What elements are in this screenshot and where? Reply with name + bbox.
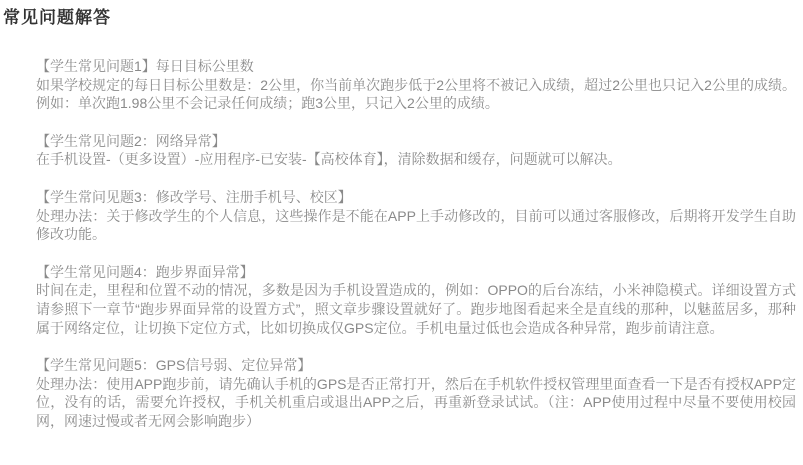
- faq-section: 【学生常见问题4：跑步界面异常】时间在走，里程和位置不动的情况，多数是因为手机设…: [36, 263, 796, 337]
- faq-section-heading: 【学生常见问题4：跑步界面异常】: [36, 263, 796, 282]
- faq-section-body: 在手机设置-（更多设置）-应用程序-已安装-【高校体育】，清除数据和缓存，问题就…: [36, 150, 796, 169]
- faq-page: 常见问题解答 【学生常见问题1】每日目标公里数如果学校规定的每日目标公里数是：2…: [0, 0, 803, 465]
- faq-section-heading: 【学生常问见题3：修改学号、注册手机号、校区】: [36, 188, 796, 207]
- faq-section-body: 处理办法：使用APP跑步前，请先确认手机的GPS是否正常打开，然后在手机软件授权…: [36, 375, 796, 431]
- faq-section: 【学生常见问题2：网络异常】在手机设置-（更多设置）-应用程序-已安装-【高校体…: [36, 132, 796, 169]
- faq-content: 【学生常见问题1】每日目标公里数如果学校规定的每日目标公里数是：2公里，你当前单…: [36, 57, 796, 431]
- faq-section: 【学生常见问题1】每日目标公里数如果学校规定的每日目标公里数是：2公里，你当前单…: [36, 57, 796, 113]
- page-title: 常见问题解答: [3, 8, 795, 28]
- faq-section: 【学生常见问题5：GPS信号弱、定位异常】处理办法：使用APP跑步前，请先确认手…: [36, 356, 796, 430]
- faq-section-heading: 【学生常见问题5：GPS信号弱、定位异常】: [36, 356, 796, 375]
- faq-section-body: 时间在走，里程和位置不动的情况，多数是因为手机设置造成的，例如：OPPO的后台冻…: [36, 281, 796, 337]
- faq-section: 【学生常问见题3：修改学号、注册手机号、校区】处理办法：关于修改学生的个人信息，…: [36, 188, 796, 244]
- faq-section-heading: 【学生常见问题1】每日目标公里数: [36, 57, 796, 76]
- faq-section-body: 如果学校规定的每日目标公里数是：2公里，你当前单次跑步低于2公里将不被记入成绩，…: [36, 76, 796, 113]
- faq-section-heading: 【学生常见问题2：网络异常】: [36, 132, 796, 151]
- faq-section-body: 处理办法：关于修改学生的个人信息，这些操作是不能在APP上手动修改的，目前可以通…: [36, 207, 796, 244]
